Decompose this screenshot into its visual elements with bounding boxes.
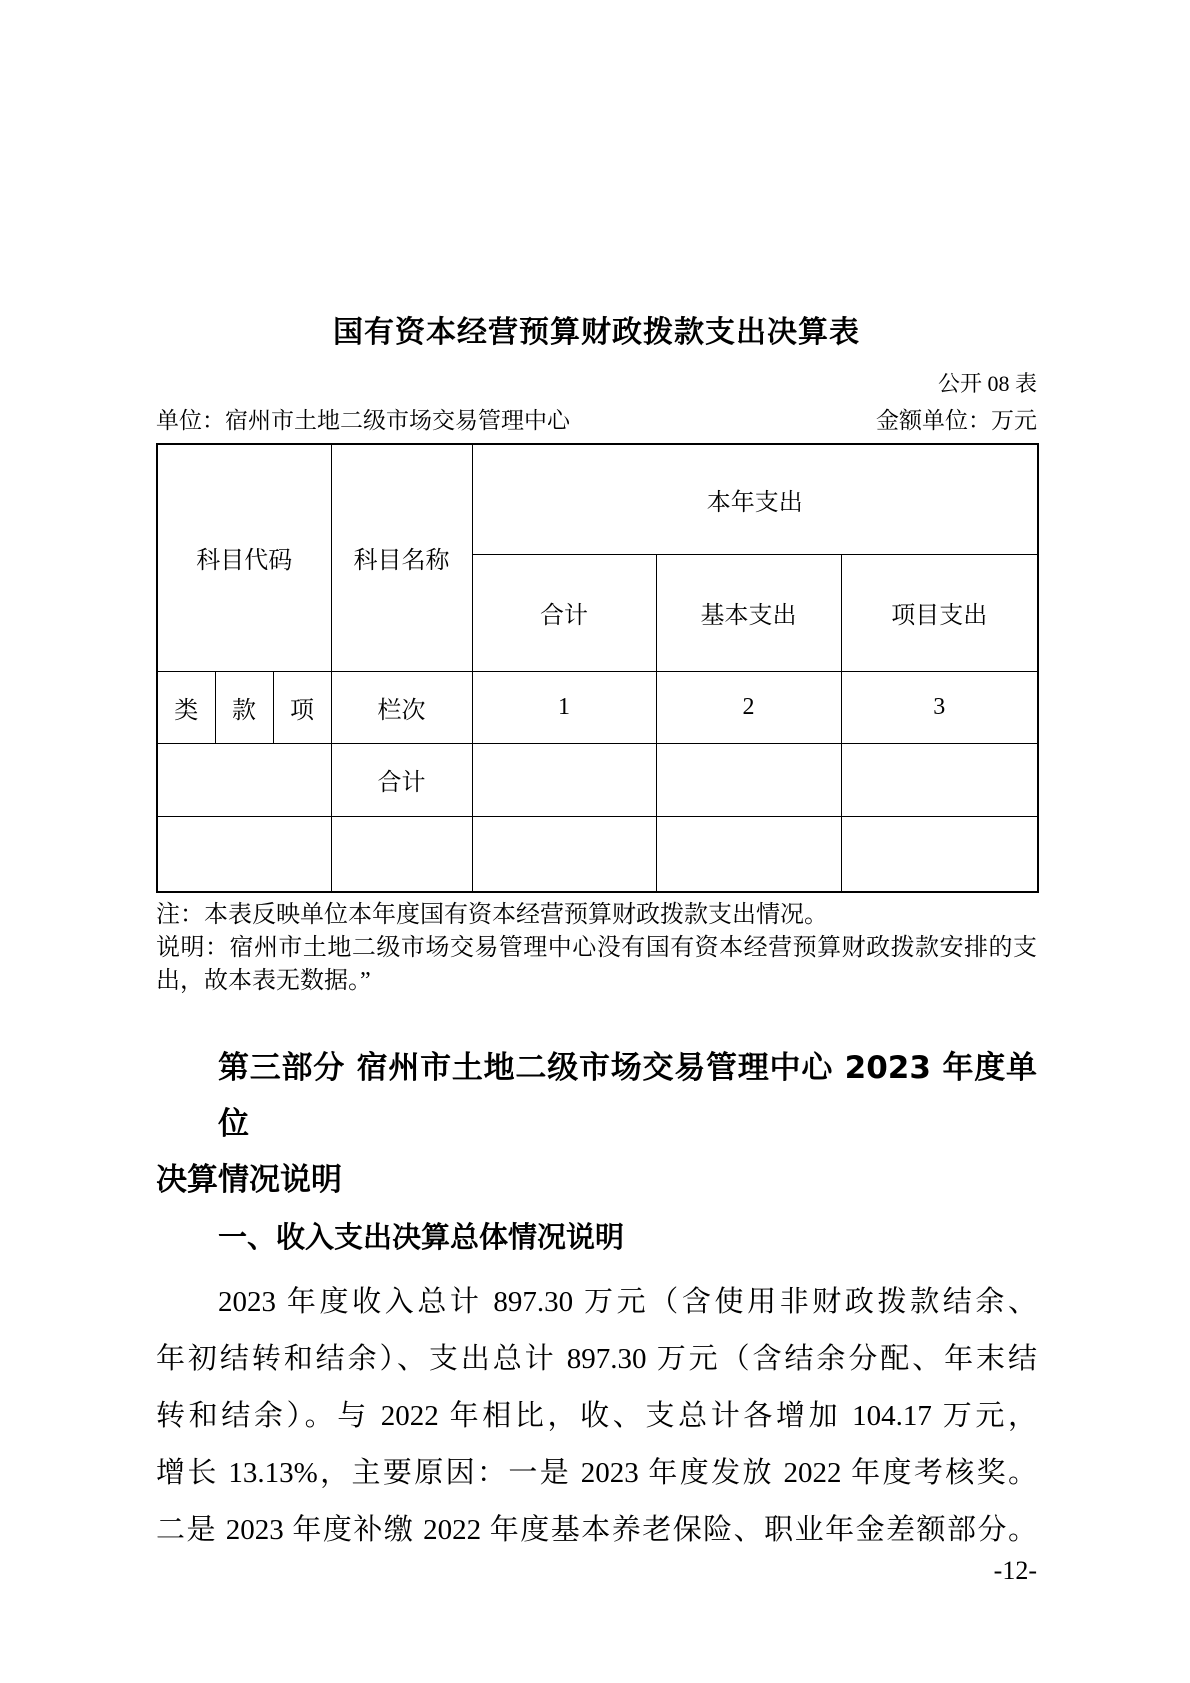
paragraph-line: 2023 年度收入总计 897.30 万元（含使用非财政拨款结余、 — [156, 1274, 1037, 1331]
cell-empty-value-3 — [841, 816, 1038, 892]
cell-class: 类 — [157, 671, 215, 743]
cell-empty-value-1 — [472, 816, 656, 892]
cell-column-2: 2 — [656, 671, 841, 743]
header-cell-basic-expenditure: 基本支出 — [656, 554, 841, 671]
header-cell-subject-code: 科目代码 — [157, 444, 331, 671]
table-row-empty — [157, 816, 1038, 892]
paragraph-line: 转和结余）。与 2022 年相比，收、支总计各增加 104.17 万元， — [156, 1388, 1037, 1445]
header-cell-project-expenditure: 项目支出 — [841, 554, 1038, 671]
section-heading-line-2: 决算情况说明 — [156, 1152, 1037, 1208]
subsection-heading: 一、收入支出决算总体情况说明 — [156, 1208, 1037, 1266]
budget-table: 科目代码 科目名称 本年支出 合计 基本支出 项目支出 类 款 项 栏次 1 2… — [156, 443, 1039, 893]
cell-total-row-code — [157, 743, 331, 816]
note-line: 注：本表反映单位本年度国有资本经营预算财政拨款支出情况。 — [156, 899, 1037, 932]
table-row-column-index: 类 款 项 栏次 1 2 3 — [157, 671, 1038, 743]
header-cell-current-year-expenditure: 本年支出 — [472, 444, 1038, 554]
body-paragraph: 2023 年度收入总计 897.30 万元（含使用非财政拨款结余、 年初结转和结… — [156, 1274, 1037, 1559]
amount-unit-label: 金额单位：万元 — [876, 406, 1037, 436]
header-cell-subject-name: 科目名称 — [331, 444, 472, 671]
cell-empty-name — [331, 816, 472, 892]
cell-total-row-label: 合计 — [331, 743, 472, 816]
cell-item: 项 — [273, 671, 331, 743]
table-code-label: 公开 08 表 — [156, 370, 1037, 398]
cell-column-3: 3 — [841, 671, 1038, 743]
cell-empty-value-2 — [656, 816, 841, 892]
page-title: 国有资本经营预算财政拨款支出决算表 — [156, 312, 1037, 354]
cell-total-row-value-2 — [656, 743, 841, 816]
table-header-row-1: 科目代码 科目名称 本年支出 — [157, 444, 1038, 554]
paragraph-line: 年初结转和结余）、支出总计 897.30 万元（含结余分配、年末结 — [156, 1331, 1037, 1388]
cell-total-row-value-3 — [841, 743, 1038, 816]
cell-empty-code — [157, 816, 331, 892]
cell-column-1: 1 — [472, 671, 656, 743]
cell-column-index-label: 栏次 — [331, 671, 472, 743]
unit-row: 单位：宿州市土地二级市场交易管理中心 金额单位：万元 — [156, 406, 1037, 436]
section-heading: 第三部分 宿州市土地二级市场交易管理中心 2023 年度单位 决算情况说明 — [156, 1040, 1037, 1208]
cell-total-row-value-1 — [472, 743, 656, 816]
table-row-total: 合计 — [157, 743, 1038, 816]
page-number: -12- — [156, 1559, 1037, 1583]
table-notes: 注：本表反映单位本年度国有资本经营预算财政拨款支出情况。 说明：宿州市土地二级市… — [156, 899, 1037, 998]
header-cell-total: 合计 — [472, 554, 656, 671]
document-page: 国有资本经营预算财政拨款支出决算表 公开 08 表 单位：宿州市土地二级市场交易… — [0, 0, 1190, 1683]
paragraph-line: 增长 13.13%，主要原因：一是 2023 年度发放 2022 年度考核奖。 — [156, 1445, 1037, 1502]
explanation-line: 说明：宿州市土地二级市场交易管理中心没有国有资本经营预算财政拨款安排的支出，故本… — [156, 932, 1037, 998]
section-heading-line-1: 第三部分 宿州市土地二级市场交易管理中心 2023 年度单位 — [156, 1040, 1037, 1152]
cell-section: 款 — [215, 671, 273, 743]
page-content: 国有资本经营预算财政拨款支出决算表 公开 08 表 单位：宿州市土地二级市场交易… — [156, 0, 1037, 1583]
paragraph-line: 二是 2023 年度补缴 2022 年度基本养老保险、职业年金差额部分。 — [156, 1502, 1037, 1559]
unit-label: 单位：宿州市土地二级市场交易管理中心 — [156, 406, 570, 436]
